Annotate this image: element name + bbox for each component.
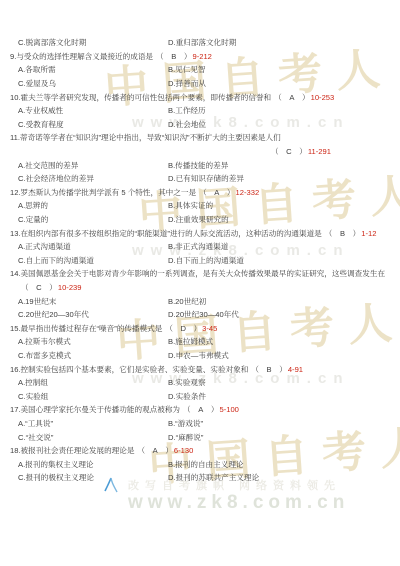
question-text: 18.被报刊社会责任理论发展的理论是 — [10, 445, 134, 456]
option-cell: C.报刊的极权主义理论 — [18, 472, 168, 483]
answer-letter: （ A ） — [199, 188, 234, 197]
option-cell: D.注重效果研究的 — [168, 214, 400, 225]
textbook-ref: 4-91 — [288, 365, 303, 374]
answer-marker: （ C ）10-239 — [21, 282, 82, 293]
option-row: C.实验组D.实验条件 — [0, 389, 400, 403]
answer-line: （ C ）11-291 — [0, 145, 400, 159]
option-cell: B.实验观察 — [168, 377, 400, 388]
answer-letter: （ B ） — [156, 52, 191, 61]
option-cell: A.“工具说” — [18, 418, 168, 429]
option-cell: A.报刊的集权主义理论 — [18, 459, 168, 470]
question-line: 13.在组织内部有很多不按组织指定的“职能渠道”进行的人际交流活动，这种活动的沟… — [0, 226, 400, 240]
option-row: C.布雷多克模式D.申农—韦弗模式 — [0, 349, 400, 363]
option-cell: C.受教育程度 — [18, 119, 168, 130]
option-cell: D.申农—韦弗模式 — [168, 350, 400, 361]
option-row: A.拉斯韦尔模式B.施拉姆模式 — [0, 335, 400, 349]
option-cell: A.各取所需 — [18, 64, 168, 75]
option-cell: C.脱离部落文化时期 — [18, 37, 168, 48]
textbook-ref: 12-332 — [236, 188, 260, 197]
exam-page: 中国自考人 www.zk8.com.cn 中国自考人 www.zk8.com.c… — [0, 0, 400, 566]
answer-letter: （ C ） — [21, 283, 57, 292]
option-cell: D.20世纪30—40年代 — [168, 309, 400, 320]
textbook-ref: 1-12 — [361, 229, 376, 238]
option-row: A.专业权威性B.工作经历 — [0, 104, 400, 118]
option-cell: D.实验条件 — [168, 391, 400, 402]
option-cell: A.思辨的 — [18, 200, 168, 211]
textbook-ref: 5-100 — [219, 405, 238, 414]
exam-body: C.脱离部落文化时期D.重归部落文化时期9.与受众的选择性理解含义最接近的成语是… — [0, 0, 400, 485]
option-cell: A.拉斯韦尔模式 — [18, 336, 168, 347]
option-cell: C.社会经济地位的差异 — [18, 173, 168, 184]
textbook-ref: 11-291 — [308, 147, 331, 156]
option-cell: B.非正式沟通渠道 — [168, 241, 400, 252]
textbook-ref: 10-239 — [58, 283, 82, 292]
option-cell: D.择善而从 — [168, 78, 400, 89]
answer-marker: （ A ）12-332 — [199, 187, 259, 198]
watermark-footer-url: www.zk8.com.cn — [128, 492, 349, 514]
option-row: A.思辨的B.具体实证的 — [0, 199, 400, 213]
answer-marker: （ A ）10-253 — [274, 92, 334, 103]
option-cell: C.爱屋及乌 — [18, 78, 168, 89]
option-cell: A.专业权威性 — [18, 105, 168, 116]
option-row: C.定量的D.注重效果研究的 — [0, 213, 400, 227]
answer-marker: （ C ）11-291 — [271, 146, 331, 157]
answer-line: （ C ）10-239 — [0, 281, 400, 295]
question-line: 16.控制实验包括四个基本要素，它们是实验者、实验变量、实验对象和（ B ）4-… — [0, 362, 400, 376]
option-cell: B.20世纪初 — [168, 296, 400, 307]
option-row: A.“工具说”B.“游戏说” — [0, 417, 400, 431]
option-cell: C.自上而下的沟通渠道 — [18, 255, 168, 266]
answer-letter: （ D ） — [165, 324, 201, 333]
answer-marker: （ A ）5-100 — [183, 404, 239, 415]
option-row: C.爱屋及乌D.择善而从 — [0, 77, 400, 91]
option-cell: D.已有知识存储的差异 — [168, 173, 400, 184]
option-cell: D.自下而上的沟通渠道 — [168, 255, 400, 266]
answer-letter: （ B ） — [325, 229, 360, 238]
answer-letter: （ A ） — [183, 405, 218, 414]
option-cell: D.“麻醉说” — [168, 432, 400, 443]
option-cell: B.传播技能的差异 — [168, 160, 400, 171]
question-line: 11.蒂奇诺等学者在“知识沟”理论中指出，导致“知识沟”不断扩大的主要因素是人们 — [0, 131, 400, 145]
option-cell: B.见仁见智 — [168, 64, 400, 75]
question-text: 13.在组织内部有很多不按组织指定的“职能渠道”进行的人际交流活动，这种活动的沟… — [10, 228, 322, 239]
question-text: 17.美国心理学家托尔曼关于传播功能的观点被称为 — [10, 404, 180, 415]
question-text: 9.与受众的选择性理解含义最接近的成语是 — [10, 51, 153, 62]
question-line: 18.被报刊社会责任理论发展的理论是（ A ）6-130 — [0, 444, 400, 458]
option-cell: C.定量的 — [18, 214, 168, 225]
option-cell: D.社会地位 — [168, 119, 400, 130]
option-cell: A.正式沟通渠道 — [18, 241, 168, 252]
option-cell: B.工作经历 — [168, 105, 400, 116]
question-text: 16.控制实验包括四个基本要素，它们是实验者、实验变量、实验对象和 — [10, 364, 248, 375]
option-row: C.自上而下的沟通渠道D.自下而上的沟通渠道 — [0, 254, 400, 268]
option-row: A.报刊的集权主义理论B.报刊的自由主义理论 — [0, 457, 400, 471]
option-row: C.受教育程度D.社会地位 — [0, 118, 400, 132]
option-cell: C.“社交说” — [18, 432, 168, 443]
answer-marker: （ D ）3-45 — [165, 323, 217, 334]
option-cell: D.报刊的苏联共产主义理论 — [168, 472, 400, 483]
textbook-ref: 10-253 — [311, 93, 335, 102]
answer-letter: （ A ） — [137, 446, 172, 455]
answer-letter: （ A ） — [274, 93, 309, 102]
option-row: A.控制组B.实验观察 — [0, 376, 400, 390]
option-cell: B.报刊的自由主义理论 — [168, 459, 400, 470]
question-text: 10.霍夫兰等学者研究发现，传播者的可信性包括两个要素，即传播者的信誉和 — [10, 92, 271, 103]
question-text: 12.罗杰斯认为传播学批判学派有 5 个特性，其中之一是 — [10, 187, 196, 198]
option-row: C.脱离部落文化时期D.重归部落文化时期 — [0, 36, 400, 50]
option-cell: A.控制组 — [18, 377, 168, 388]
question-text: 15.最早指出传播过程存在“噪音”的传播模式是 — [10, 323, 162, 334]
answer-marker: （ B ）1-12 — [325, 228, 377, 239]
option-cell: C.20世纪20—30年代 — [18, 309, 168, 320]
answer-marker: （ B ）4-91 — [251, 364, 303, 375]
answer-letter: （ C ） — [271, 147, 307, 156]
question-line: 17.美国心理学家托尔曼关于传播功能的观点被称为（ A ）5-100 — [0, 403, 400, 417]
question-text: 14.美国佩恩基金会关于电影对青少年影响的一系列调查，是有关大众传播效果最早的实… — [10, 268, 385, 279]
option-row: A.19世纪末B.20世纪初 — [0, 294, 400, 308]
option-cell: B.具体实证的 — [168, 200, 400, 211]
question-text: 11.蒂奇诺等学者在“知识沟”理论中指出，导致“知识沟”不断扩大的主要因素是人们 — [10, 132, 281, 143]
textbook-ref: 3-45 — [202, 324, 217, 333]
option-cell: B.“游戏说” — [168, 418, 400, 429]
question-line: 12.罗杰斯认为传播学批判学派有 5 个特性，其中之一是（ A ）12-332 — [0, 186, 400, 200]
option-cell: B.施拉姆模式 — [168, 336, 400, 347]
option-row: A.正式沟通渠道B.非正式沟通渠道 — [0, 240, 400, 254]
answer-letter: （ B ） — [251, 365, 286, 374]
textbook-ref: 6-130 — [174, 446, 193, 455]
option-row: C.“社交说”D.“麻醉说” — [0, 430, 400, 444]
question-line: 14.美国佩恩基金会关于电影对青少年影响的一系列调查，是有关大众传播效果最早的实… — [0, 267, 400, 281]
answer-marker: （ A ）6-130 — [137, 445, 193, 456]
option-row: A.社交范围的差异B.传播技能的差异 — [0, 158, 400, 172]
option-cell: C.布雷多克模式 — [18, 350, 168, 361]
option-cell: A.社交范围的差异 — [18, 160, 168, 171]
answer-marker: （ B ）9-212 — [156, 51, 212, 62]
option-row: C.报刊的极权主义理论D.报刊的苏联共产主义理论 — [0, 471, 400, 485]
question-line: 10.霍夫兰等学者研究发现，传播者的可信性包括两个要素，即传播者的信誉和（ A … — [0, 90, 400, 104]
option-row: C.20世纪20—30年代D.20世纪30—40年代 — [0, 308, 400, 322]
question-line: 9.与受众的选择性理解含义最接近的成语是（ B ）9-212 — [0, 50, 400, 64]
option-cell: A.19世纪末 — [18, 296, 168, 307]
option-row: C.社会经济地位的差异D.已有知识存储的差异 — [0, 172, 400, 186]
textbook-ref: 9-212 — [192, 52, 211, 61]
question-line: 15.最早指出传播过程存在“噪音”的传播模式是（ D ）3-45 — [0, 321, 400, 335]
option-cell: C.实验组 — [18, 391, 168, 402]
option-row: A.各取所需B.见仁见智 — [0, 63, 400, 77]
option-cell: D.重归部落文化时期 — [168, 37, 400, 48]
